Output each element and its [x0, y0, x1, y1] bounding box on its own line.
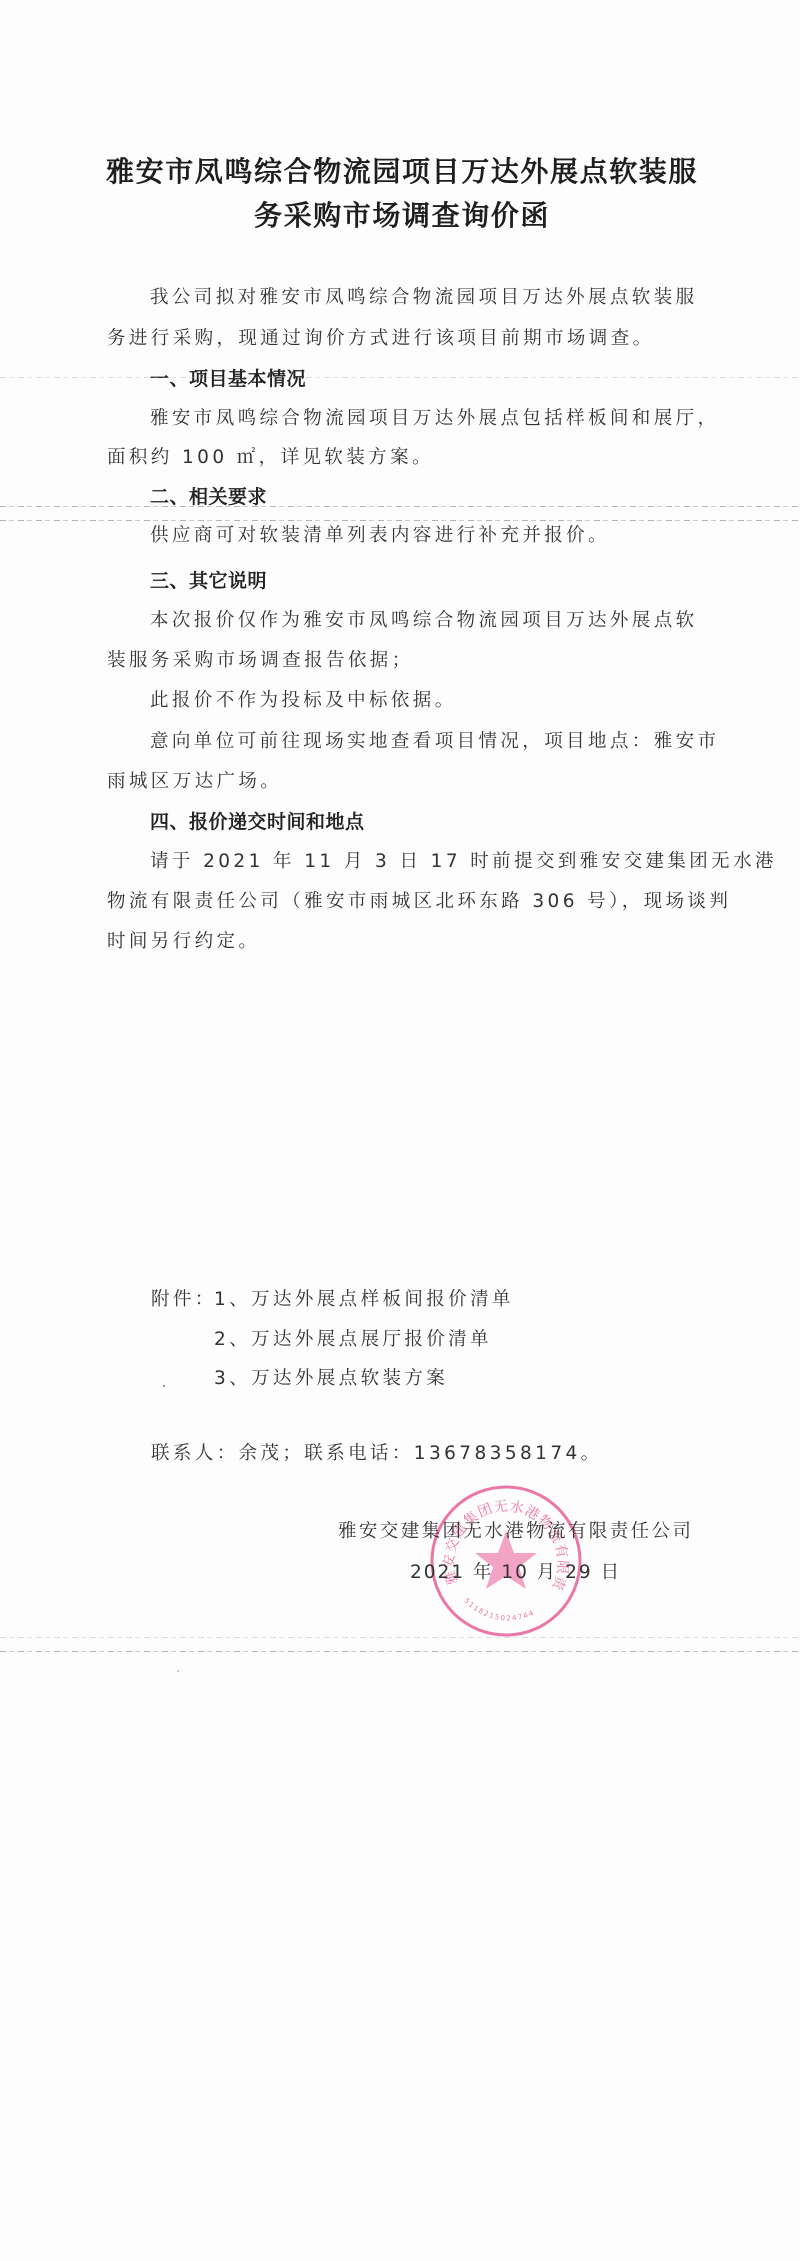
signature-company: 雅安交建集团无水港物流有限责任公司: [338, 1517, 693, 1543]
attachment-item-3: 3、万达外展点软装方案: [214, 1364, 448, 1390]
document-page: 雅安市凤鸣综合物流园项目万达外展点软装服 务采购市场调查询价函 我公司拟对雅安市…: [0, 0, 800, 2261]
intro-line-1: 我公司拟对雅安市凤鸣综合物流园项目万达外展点软装服: [150, 283, 698, 309]
signature-date: 2021 年 10 月 29 日: [410, 1558, 621, 1584]
document-title-line-1: 雅安市凤鸣综合物流园项目万达外展点软装服: [106, 150, 698, 190]
scan-speck: [163, 1385, 165, 1387]
section-3-line-3: 此报价不作为投标及中标依据。: [150, 686, 457, 712]
section-1-line-1: 雅安市凤鸣综合物流园项目万达外展点包括样板间和展厅，: [150, 404, 719, 430]
section-2-line-1: 供应商可对软装清单列表内容进行补充并报价。: [150, 521, 610, 547]
section-3-line-2: 装服务采购市场调查报告依据；: [107, 646, 414, 672]
attachment-item-2: 2、万达外展点展厅报价清单: [214, 1325, 492, 1351]
section-1-line-2: 面积约 100 ㎡，详见软装方案。: [107, 443, 434, 469]
section-3-line-1: 本次报价仅作为雅安市凤鸣综合物流园项目万达外展点软: [150, 606, 698, 632]
section-4-line-2: 物流有限责任公司（雅安市雨城区北环东路 306 号），现场谈判: [107, 887, 731, 913]
section-4-line-3: 时间另行约定。: [107, 927, 260, 953]
section-heading-other-notes: 三、其它说明: [150, 566, 267, 593]
section-heading-requirements: 二、相关要求: [150, 482, 267, 509]
scan-speck: [177, 1670, 179, 1672]
svg-text:5118215024744: 5118215024744: [462, 1597, 536, 1623]
contact-info: 联系人：余茂；联系电话：13678358174。: [151, 1439, 603, 1465]
scan-artifact-line: [0, 1651, 800, 1652]
scan-artifact-line: [0, 377, 800, 378]
document-title-line-2: 务采购市场调查询价函: [254, 194, 550, 234]
scan-artifact-line: [0, 506, 800, 507]
attachments-label: 附件：: [151, 1285, 217, 1311]
section-3-line-5: 雨城区万达广场。: [107, 767, 282, 793]
intro-line-2: 务进行采购，现通过询价方式进行该项目前期市场调查。: [107, 324, 655, 350]
section-heading-submission: 四、报价递交时间和地点: [150, 807, 365, 834]
scan-artifact-line: [0, 1637, 800, 1638]
scan-artifact-line: [0, 520, 800, 521]
section-4-line-1: 请于 2021 年 11 月 3 日 17 时前提交到雅安交建集团无水港: [150, 847, 777, 873]
attachment-item-1: 1、万达外展点样板间报价清单: [214, 1285, 514, 1311]
section-3-line-4: 意向单位可前往现场实地查看项目情况，项目地点：雅安市: [150, 727, 719, 753]
